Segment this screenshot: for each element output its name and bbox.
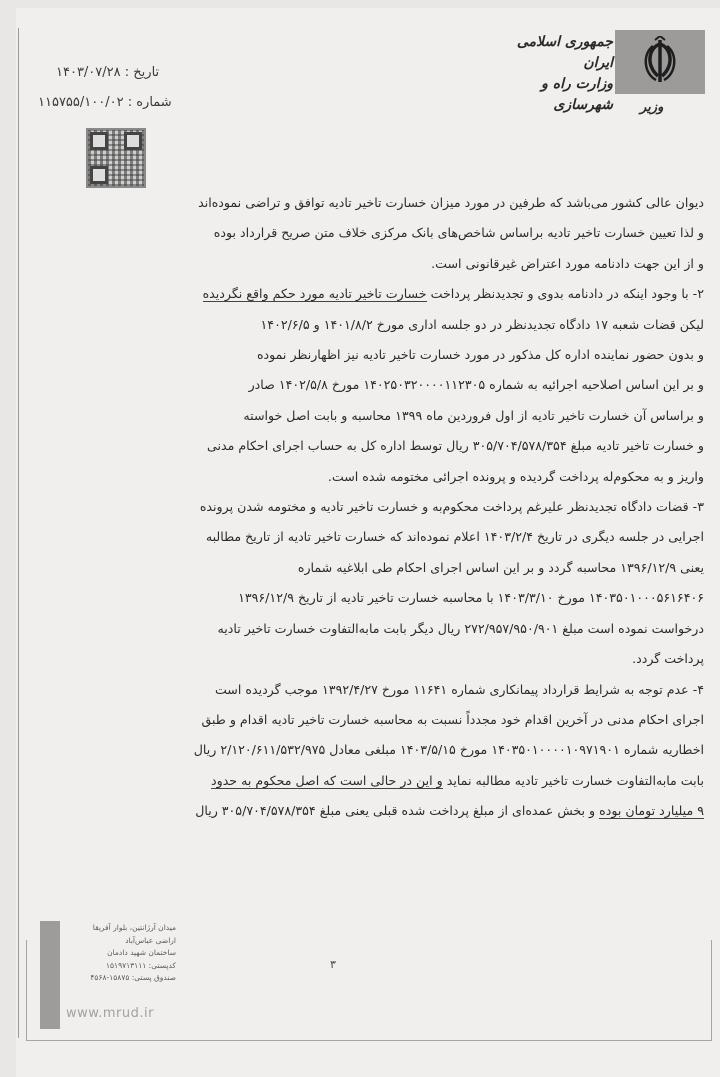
body-line: واریز و به محکوم‌له پرداخت گردیده و پرون… xyxy=(62,462,704,492)
address-line: اراضی عباس‌آباد xyxy=(66,935,176,948)
address-line: ساختمان شهید دادمان xyxy=(66,947,176,960)
number-value: ۱۱۵۷۵۵/۱۰۰/۰۲ xyxy=(38,95,124,110)
footer-accent-bar xyxy=(40,921,60,1029)
page-edge-line xyxy=(18,28,19,1038)
underlined-phrase: خسارت تاخیر تادیه مورد حکم واقع نگردیده xyxy=(203,286,427,302)
body-line-item-3: ۳- قضات دادگاه تجدیدنظر علیرغم پرداخت مح… xyxy=(62,492,704,522)
office-label: وزیر xyxy=(640,100,663,115)
ministry-name: وزارت راه و شهرسازی xyxy=(498,74,613,116)
body-line-item-2: ۲- با وجود اینکه در دادنامه بدوی و تجدید… xyxy=(62,279,704,309)
country-name: جمهوری اسلامی ایران xyxy=(498,32,613,74)
page-number: ۳ xyxy=(330,958,336,971)
body-line: لیکن قضات شعبه ۱۷ دادگاه تجدیدنظر در دو … xyxy=(62,310,704,340)
body-line: درخواست نموده است مبلغ ۲۷۲/۹۵۷/۹۵۰/۹۰۱ ر… xyxy=(62,614,704,644)
qr-finder-icon xyxy=(90,166,108,184)
qr-finder-icon xyxy=(90,132,108,150)
body-line: و از این جهت دادنامه مورد اعتراض غیرقانو… xyxy=(62,249,704,279)
address-line: صندوق پستی: ۱۵۸۷۵-۴۵۶۸ xyxy=(66,972,176,985)
date-value: ۱۴۰۳/۰۷/۲۸ xyxy=(56,65,121,80)
letter-date: تاریخ : ۱۴۰۳/۰۷/۲۸ xyxy=(56,65,159,80)
letterhead-title: جمهوری اسلامی ایران وزارت راه و شهرسازی xyxy=(498,32,613,116)
body-line: و لذا تعیین خسارت تاخیر تادیه براساس شاخ… xyxy=(62,218,704,248)
letter-body: دیوان عالی کشور می‌باشد که طرفین در مورد… xyxy=(62,188,704,827)
body-line: ۹ میلیارد تومان بوده و بخش عمده‌ای از مب… xyxy=(62,796,704,826)
underlined-phrase: و این در حالی است که اصل محکوم به حدود xyxy=(211,773,443,789)
footer-frame-right xyxy=(711,940,712,1040)
body-line: یعنی ۱۳۹۶/۱۲/۹ محاسبه گردد و بر این اساس… xyxy=(62,553,704,583)
underlined-phrase: ۹ میلیارد تومان بوده xyxy=(599,803,704,819)
letter-number: شماره : ۱۱۵۷۵۵/۱۰۰/۰۲ xyxy=(38,95,172,110)
body-line: و بدون حضور نماینده اداره کل مذکور در مو… xyxy=(62,340,704,370)
date-label: تاریخ : xyxy=(125,65,159,80)
body-line: اجرای احکام مدنی در آخرین اقدام خود مجدد… xyxy=(62,705,704,735)
qr-code-icon xyxy=(86,128,146,188)
footer-frame-left xyxy=(26,940,27,1040)
footer-address: میدان آرژانتین، بلوار آفریقا اراضی عباس‌… xyxy=(66,922,176,985)
body-line: اجرایی در جلسه دیگری در تاریخ ۱۴۰۳/۲/۴ ا… xyxy=(62,522,704,552)
iran-emblem-icon xyxy=(615,30,705,94)
body-line: اخطاریه شماره ۱۴۰۳۵۰۱۰۰۰۰۱۰۹۷۱۹۰۱ مورخ ۱… xyxy=(62,735,704,765)
address-line: کدپستی: ۱۵۱۹۷۱۳۱۱۱ xyxy=(66,960,176,973)
footer-frame-bottom xyxy=(26,1040,712,1041)
number-label: شماره : xyxy=(128,95,172,110)
website-link[interactable]: www.mrud.ir xyxy=(66,1006,154,1021)
body-line: دیوان عالی کشور می‌باشد که طرفین در مورد… xyxy=(62,188,704,218)
address-line: میدان آرژانتین، بلوار آفریقا xyxy=(66,922,176,935)
body-line: بابت مابه‌التفاوت خسارت تاخیر تادیه مطال… xyxy=(62,766,704,796)
body-line: و خسارت تاخیر تادیه مبلغ ۳۰۵/۷۰۴/۵۷۸/۳۵۴… xyxy=(62,431,704,461)
body-line: و براساس آن خسارت تاخیر تادیه از اول فرو… xyxy=(62,401,704,431)
emblem-glyph-icon xyxy=(638,36,682,88)
body-line: و بر این اساس اصلاحیه اجرائیه به شماره ۱… xyxy=(62,370,704,400)
body-line-item-4: ۴- عدم توجه به شرایط قرارداد پیمانکاری ش… xyxy=(62,675,704,705)
qr-finder-icon xyxy=(124,132,142,150)
body-line: ۱۴۰۳۵۰۱۰۰۰۵۶۱۶۴۰۶ مورخ ۱۴۰۳/۳/۱۰ با محاس… xyxy=(62,583,704,613)
body-line: پرداخت گردد. xyxy=(62,644,704,674)
